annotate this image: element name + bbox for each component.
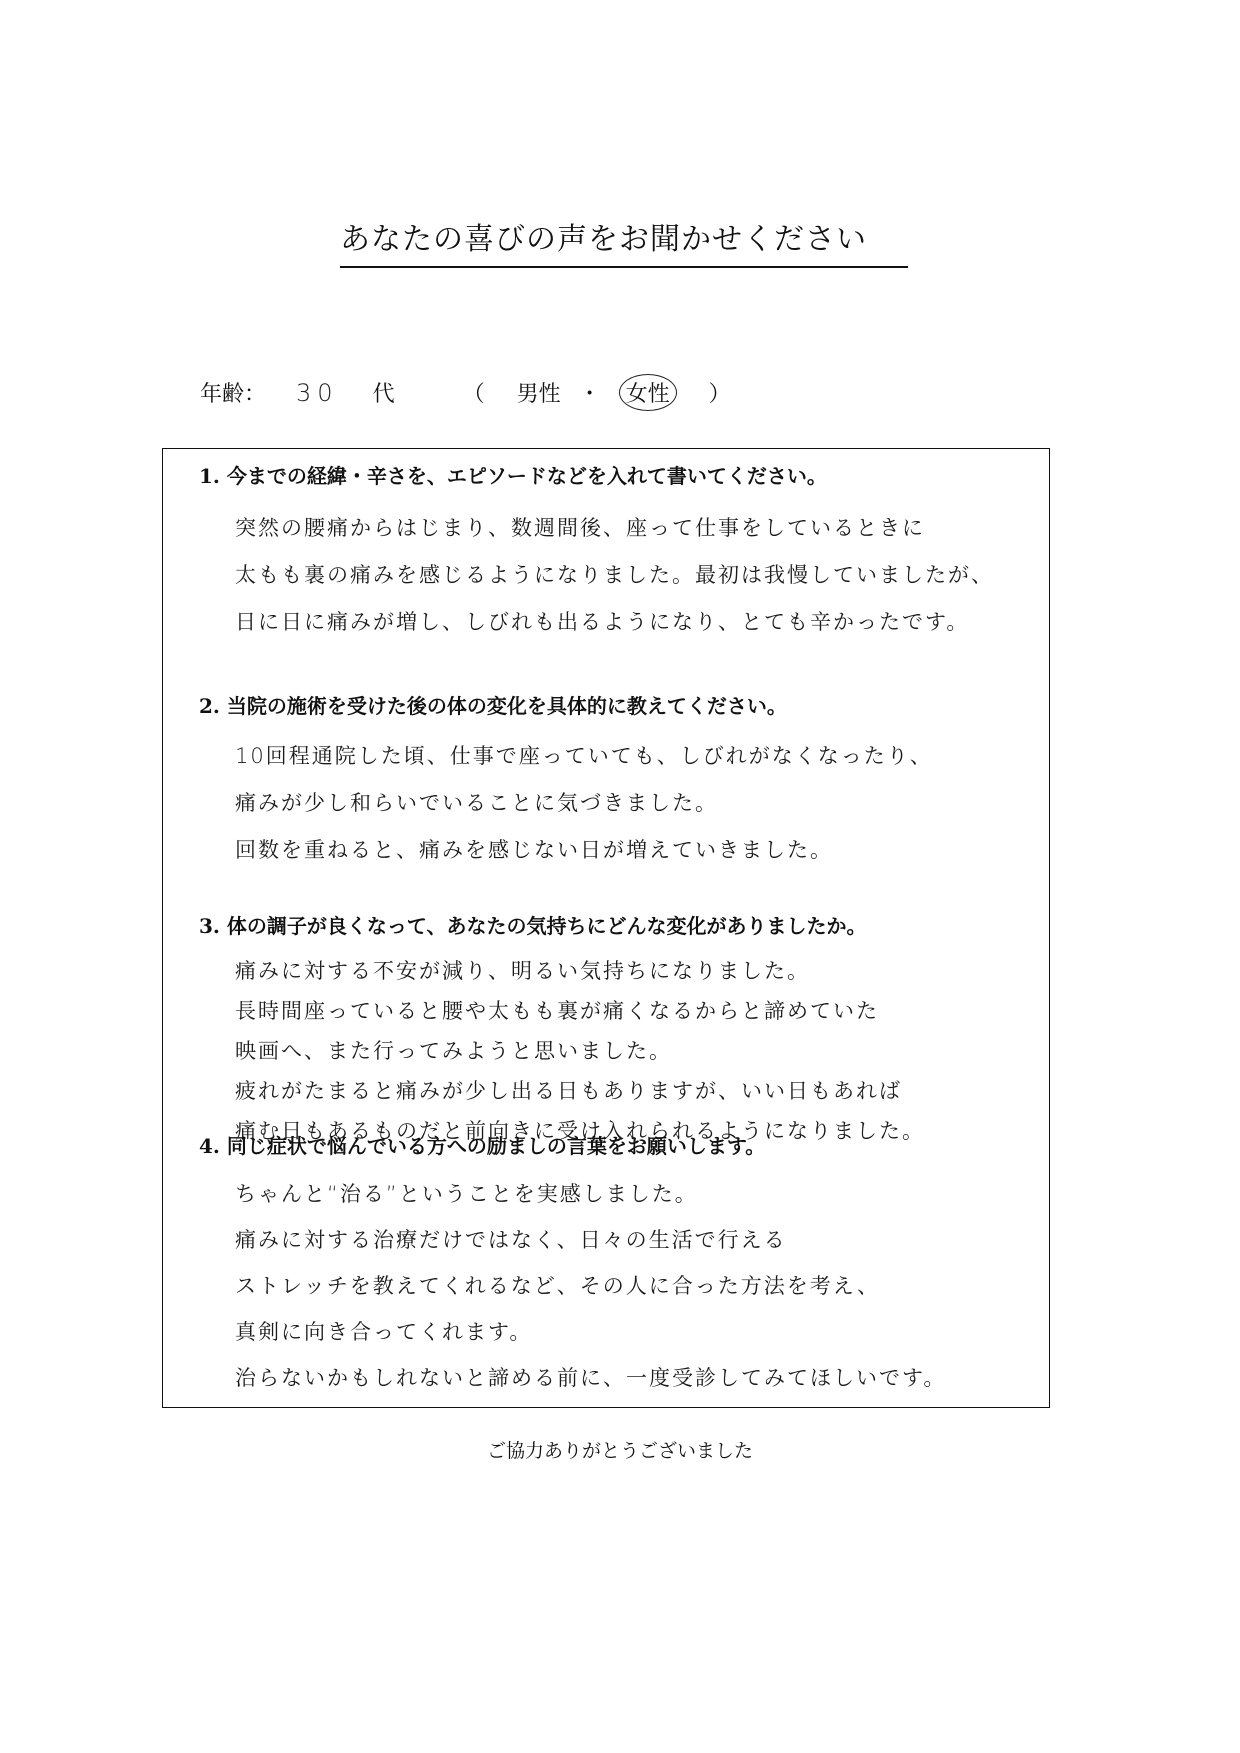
answer-line: ちゃんと“治る”ということを実感しました。 bbox=[235, 1171, 946, 1217]
answer-line: 治らないかもしれないと諦める前に、一度受診してみてほしいです。 bbox=[235, 1355, 946, 1401]
answer-line: 日に日に痛みが増し、しびれも出るようになり、とても辛かったです。 bbox=[235, 599, 994, 646]
question-3: 3. 体の調子が良くなって、あなたの気持ちにどんな変化がありましたか。 bbox=[199, 913, 866, 939]
profile-row: 年齢： 30 代 （ 男性 ・ 女性 ） bbox=[200, 374, 759, 411]
thank-you-footer: ご協力ありがとうございました bbox=[0, 1436, 1240, 1463]
answer-1: 突然の腰痛からはじまり、数週間後、座って仕事をしているときに 太もも裏の痛みを感… bbox=[235, 505, 994, 646]
question-prompt: 同じ症状で悩んでいる方への励ましの言葉をお願いします。 bbox=[227, 1134, 765, 1158]
answer-line: 痛みが少し和らいでいることに気づきました。 bbox=[235, 780, 933, 827]
answer-line: 痛みに対する治療だけではなく、日々の生活で行える bbox=[235, 1217, 946, 1263]
question-4: 4. 同じ症状で悩んでいる方への励ましの言葉をお願いします。 bbox=[199, 1133, 765, 1159]
answer-line: 長時間座っていると腰や太もも裏が痛くなるからと諦めていた bbox=[235, 991, 925, 1031]
question-prompt: 当院の施術を受けた後の体の変化を具体的に教えてください。 bbox=[227, 694, 787, 718]
answer-line: 痛みに対する不安が減り、明るい気持ちになりました。 bbox=[235, 951, 925, 991]
answer-line: 真剣に向き合ってくれます。 bbox=[235, 1309, 946, 1355]
question-2: 2. 当院の施術を受けた後の体の変化を具体的に教えてください。 bbox=[199, 693, 787, 719]
gender-option-female-circled: 女性 bbox=[619, 374, 677, 411]
answer-line: 10回程通院した頃、仕事で座っていても、しびれがなくなったり、 bbox=[235, 733, 933, 780]
questionnaire-box: 1. 今までの経緯・辛さを、エピソードなどを入れて書いてください。 突然の腰痛か… bbox=[162, 448, 1050, 1408]
age-value: 30 bbox=[296, 379, 339, 407]
gender-option-male: 男性 bbox=[517, 377, 561, 408]
answer-line: 太もも裏の痛みを感じるようになりました。最初は我慢していましたが、 bbox=[235, 552, 994, 599]
question-number: 1. bbox=[199, 464, 220, 488]
answer-3: 痛みに対する不安が減り、明るい気持ちになりました。 長時間座っていると腰や太もも… bbox=[235, 951, 925, 1151]
question-prompt: 今までの経緯・辛さを、エピソードなどを入れて書いてください。 bbox=[227, 464, 827, 488]
question-number: 3. bbox=[199, 914, 220, 938]
answer-2: 10回程通院した頃、仕事で座っていても、しびれがなくなったり、 痛みが少し和らい… bbox=[235, 733, 933, 874]
question-number: 4. bbox=[199, 1134, 220, 1158]
answer-line: 回数を重ねると、痛みを感じない日が増えていきました。 bbox=[235, 827, 933, 874]
answer-line: 疲れがたまると痛みが少し出る日もありますが、いい日もあれば bbox=[235, 1071, 925, 1111]
open-paren: （ bbox=[463, 377, 485, 408]
age-suffix: 代 bbox=[373, 377, 395, 408]
answer-4: ちゃんと“治る”ということを実感しました。 痛みに対する治療だけではなく、日々の… bbox=[235, 1171, 946, 1401]
question-1: 1. 今までの経緯・辛さを、エピソードなどを入れて書いてください。 bbox=[199, 463, 827, 489]
answer-line: 映画へ、また行ってみようと思いました。 bbox=[235, 1031, 925, 1071]
gender-separator: ・ bbox=[579, 377, 601, 408]
question-prompt: 体の調子が良くなって、あなたの気持ちにどんな変化がありましたか。 bbox=[227, 914, 867, 938]
question-number: 2. bbox=[199, 694, 220, 718]
answer-line: 突然の腰痛からはじまり、数週間後、座って仕事をしているときに bbox=[235, 505, 994, 552]
age-label: 年齢： bbox=[200, 377, 266, 408]
answer-line: ストレッチを教えてくれるなど、その人に合った方法を考え、 bbox=[235, 1263, 946, 1309]
form-title: あなたの喜びの声をお聞かせください bbox=[340, 222, 908, 268]
close-paren: ） bbox=[709, 377, 731, 408]
